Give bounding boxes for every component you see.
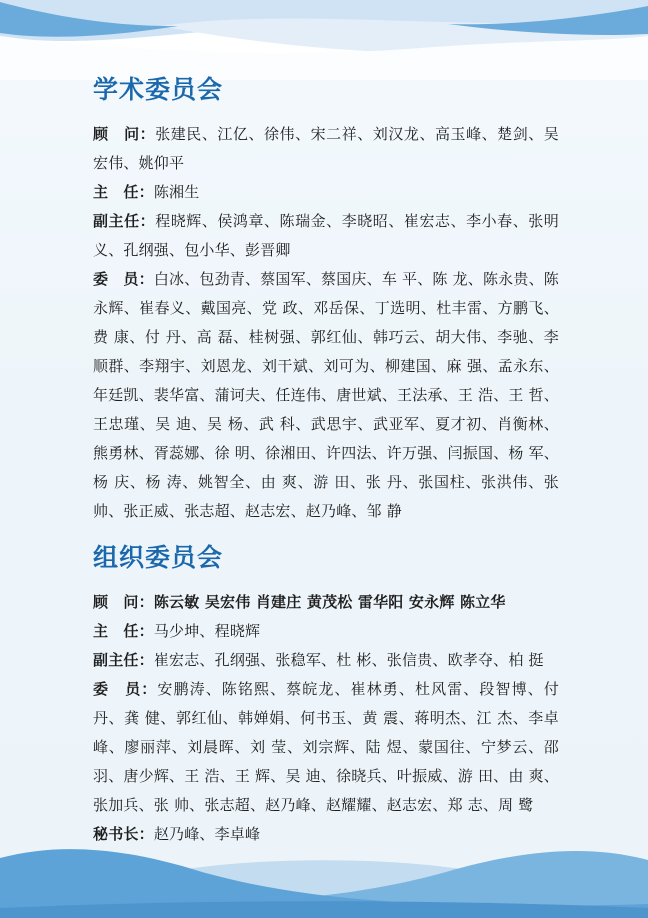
members-label: 委 员：	[93, 270, 154, 288]
organizing-deputy-directors-row: 副主任：崔宏志、孔纲强、张稳军、杜 彬、张信贵、欧孝夺、柏 挺	[93, 646, 559, 675]
academic-deputy-directors-row: 副主任：程晓辉、侯鸿章、陈瑞金、李晓昭、崔宏志、李小春、张明义、孔纲强、包小华、…	[93, 207, 559, 265]
academic-director-row: 主 任：陈湘生	[93, 178, 559, 207]
academic-members-row: 委 员：白冰、包劲青、蔡国军、蔡国庆、车 平、陈 龙、陈永贵、陈永辉、崔春义、戴…	[93, 265, 559, 526]
organizing-directors-row: 主 任：马少坤、程晓辉	[93, 617, 559, 646]
organizing-secretary-general-row: 秘书长：赵乃峰、李卓峰	[93, 820, 559, 849]
deputy-directors-label: 副主任：	[93, 651, 154, 669]
secretary-general-names: 赵乃峰、李卓峰	[154, 825, 260, 843]
deputy-directors-label: 副主任：	[93, 212, 155, 230]
top-wave-decoration	[0, 0, 648, 80]
director-label: 主 任：	[93, 183, 154, 201]
content-area: 学术委员会 顾 问：张建民、江亿、徐伟、宋二祥、刘汉龙、高玉峰、楚剑、吴宏伟、姚…	[93, 74, 559, 849]
section-academic-committee: 学术委员会 顾 问：张建民、江亿、徐伟、宋二祥、刘汉龙、高玉峰、楚剑、吴宏伟、姚…	[93, 74, 559, 526]
director-names: 陈湘生	[154, 183, 200, 201]
deputy-directors-names: 程晓辉、侯鸿章、陈瑞金、李晓昭、崔宏志、李小春、张明义、孔纲强、包小华、彭晋卿	[93, 212, 559, 259]
organizing-committee-title: 组织委员会	[93, 542, 559, 574]
members-names: 安鹏涛、陈铭熙、蔡皖龙、崔林勇、杜风雷、段智博、付 丹、龚 健、郭红仙、韩婵娟、…	[93, 680, 559, 814]
director-label: 主 任：	[93, 622, 154, 640]
document-page: 学术委员会 顾 问：张建民、江亿、徐伟、宋二祥、刘汉龙、高玉峰、楚剑、吴宏伟、姚…	[0, 0, 648, 918]
organizing-advisors-row: 顾 问：陈云敏 吴宏伟 肖建庄 黄茂松 雷华阳 安永辉 陈立华	[93, 588, 559, 617]
advisors-label: 顾 问：	[93, 593, 154, 611]
academic-committee-title: 学术委员会	[93, 74, 559, 106]
advisors-names: 张建民、江亿、徐伟、宋二祥、刘汉龙、高玉峰、楚剑、吴宏伟、姚仰平	[93, 125, 559, 172]
advisors-label: 顾 问：	[93, 125, 155, 143]
director-names: 马少坤、程晓辉	[154, 622, 260, 640]
members-names: 白冰、包劲青、蔡国军、蔡国庆、车 平、陈 龙、陈永贵、陈永辉、崔春义、戴国亮、党…	[93, 270, 559, 520]
secretary-general-label: 秘书长：	[93, 825, 154, 843]
organizing-members-row: 委 员：安鹏涛、陈铭熙、蔡皖龙、崔林勇、杜风雷、段智博、付 丹、龚 健、郭红仙、…	[93, 675, 559, 820]
section-organizing-committee: 组织委员会 顾 问：陈云敏 吴宏伟 肖建庄 黄茂松 雷华阳 安永辉 陈立华 主 …	[93, 542, 559, 849]
members-label: 委 员：	[93, 680, 157, 698]
deputy-directors-names: 崔宏志、孔纲强、张稳军、杜 彬、张信贵、欧孝夺、柏 挺	[154, 651, 544, 669]
academic-advisors-row: 顾 问：张建民、江亿、徐伟、宋二祥、刘汉龙、高玉峰、楚剑、吴宏伟、姚仰平	[93, 120, 559, 178]
advisors-names: 陈云敏 吴宏伟 肖建庄 黄茂松 雷华阳 安永辉 陈立华	[154, 593, 506, 611]
